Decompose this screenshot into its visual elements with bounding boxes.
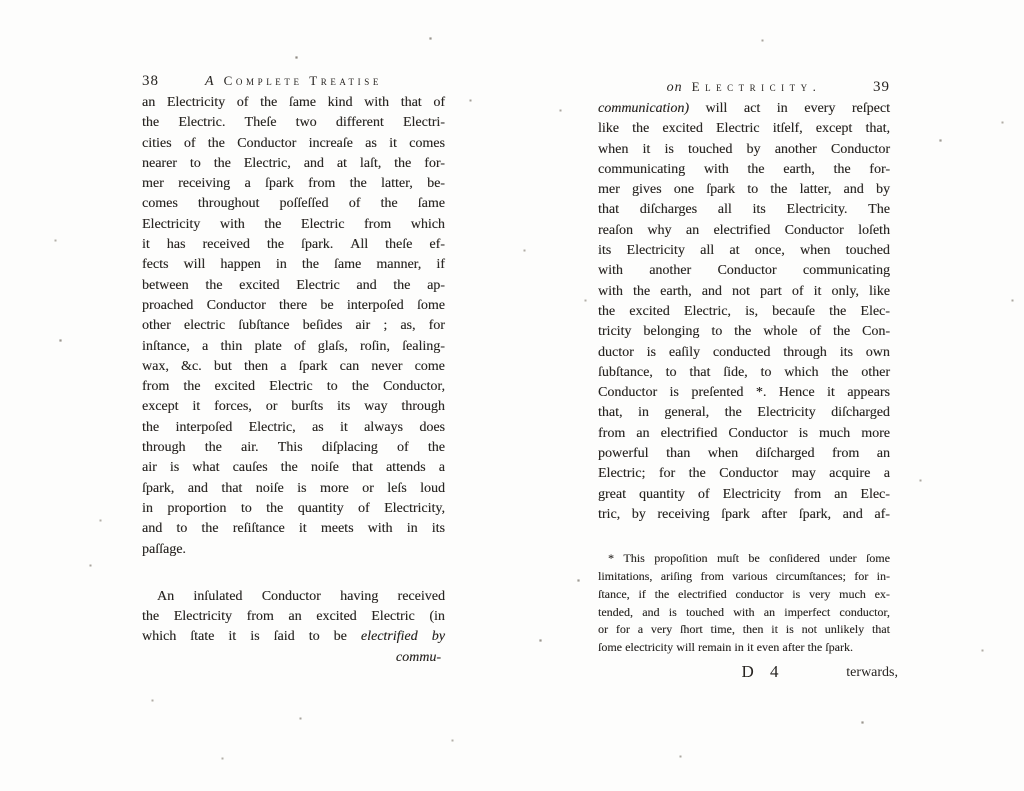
word: Conductor (831, 142, 890, 158)
word: there (279, 298, 307, 314)
word: Conductor (719, 466, 778, 482)
word: whole (763, 324, 797, 340)
word: ſame (334, 257, 361, 273)
footnote: *Thispropoſitionmuſtbeconſideredunderſom… (598, 551, 890, 658)
word: to (761, 365, 772, 381)
word: it (747, 640, 754, 655)
running-title-text: Electricity. (692, 79, 822, 95)
word: that (352, 460, 373, 476)
word: unlikely (825, 622, 864, 637)
word: more (861, 426, 890, 442)
word: af- (874, 507, 890, 523)
word: interpoſed (175, 420, 232, 436)
word: is (297, 481, 306, 497)
word: the (205, 278, 222, 294)
word: ſaid (274, 629, 295, 645)
word: with (364, 95, 389, 111)
text-line: otherelectricſubſtancebeſidesair;as,for (142, 318, 445, 338)
word: an (686, 223, 699, 239)
text-line: merreceivingaſparkfromthelatter,be- (142, 176, 445, 196)
word: manner, (376, 257, 421, 273)
right-page: on Electricity. 39 communication)willact… (598, 79, 890, 682)
word: Electri- (403, 115, 445, 131)
word: paſſage. (142, 542, 186, 558)
word: in (734, 640, 743, 655)
text-line: comesthroughoutpoſſeſſedoftheſame (142, 196, 445, 216)
word: when (598, 142, 628, 158)
word: not (732, 284, 750, 300)
word: Conductor (728, 426, 787, 442)
word: will (706, 101, 728, 117)
word: and (702, 284, 722, 300)
word: ſome (866, 551, 890, 566)
word: Electric, (244, 156, 291, 172)
text-line: theexcitedElectric,is,becauſetheElec- (598, 304, 890, 324)
word: the (734, 324, 751, 340)
word: excited (239, 278, 279, 294)
word: Conductor (717, 263, 776, 279)
text-line: betweentheexcitedElectricandtheap- (142, 278, 445, 298)
word: loſeth (858, 223, 890, 239)
word: circumſtances; (776, 569, 846, 584)
word: as (365, 136, 377, 152)
text-line: AninſulatedConductorhavingreceived (142, 589, 445, 609)
word: electrified (713, 223, 770, 239)
word: in (777, 101, 788, 117)
word: Electricity (757, 405, 815, 421)
word: eaſily (669, 345, 700, 361)
word: received (202, 237, 249, 253)
word: with (598, 284, 623, 300)
word: excited (215, 379, 255, 395)
text-line: andtothereſiſtanceitmeetswithinits (142, 521, 445, 541)
word: ſpark. (301, 237, 333, 253)
left-running-head: 38 A Complete Treatise (142, 73, 445, 93)
word: received (398, 589, 445, 605)
word: one (674, 182, 694, 198)
text-line: Electric;fortheConductormayacquirea (598, 466, 890, 486)
word: kind (328, 95, 353, 111)
word: if (638, 587, 645, 602)
word: latter, (381, 176, 413, 192)
word: conducted (713, 345, 771, 361)
word: Electricity, (384, 501, 445, 517)
text-line: ſomeelectricitywillremaininitevenafterth… (598, 640, 890, 658)
word: its (753, 202, 766, 218)
word: is (792, 587, 800, 602)
word: the (142, 420, 159, 436)
word: gives (632, 182, 662, 198)
word: a (884, 466, 890, 482)
word: communication) (598, 101, 689, 117)
text-line: orforaveryſhorttime,thenitisnotunlikelyt… (598, 622, 890, 640)
text-line: proachedConductortherebeinterpoſedſome (142, 298, 445, 318)
word: earth, (660, 284, 691, 300)
word: it (340, 420, 348, 436)
word: conductor, (839, 605, 890, 620)
word: great (598, 487, 626, 503)
text-line: communicatingwiththeearth,thefor- (598, 162, 890, 182)
word: beſides (303, 318, 343, 334)
word: nearer (142, 156, 177, 172)
word: it (142, 237, 150, 253)
word: ſtate (190, 629, 214, 645)
text-line: ſubſtance,tothatſide,towhichtheother (598, 365, 890, 385)
word: then (743, 622, 764, 637)
word: the (833, 162, 850, 178)
word: conſidered (769, 551, 820, 566)
word: to (747, 182, 758, 198)
word: ſpark (265, 176, 294, 192)
word: the (260, 95, 277, 111)
word: earth, (783, 162, 814, 178)
word: way (364, 399, 387, 415)
word: poſſeſſed (280, 196, 329, 212)
word: Electric (301, 217, 345, 233)
word: reaſon (598, 223, 633, 239)
word: and (843, 507, 863, 523)
word: ſpark (706, 182, 735, 198)
text-line: withanotherConductorcommunicating (598, 263, 890, 283)
word: Electric (371, 609, 415, 625)
word: reſiſtance (233, 521, 285, 537)
word: noiſe (311, 460, 339, 476)
word: and (844, 182, 864, 198)
word: tended, (598, 605, 633, 620)
word: at (729, 243, 739, 259)
word: air (355, 318, 370, 334)
word: happen (220, 257, 260, 273)
word: the (829, 304, 846, 320)
word: and (188, 481, 208, 497)
word: that (401, 95, 422, 111)
word: much (839, 587, 866, 602)
word: proportion (167, 501, 226, 517)
word: through (401, 399, 445, 415)
word: another (775, 142, 817, 158)
word: ſubſtance (238, 318, 289, 334)
word: all (700, 243, 714, 259)
running-title-prefix: A (205, 74, 215, 90)
word: part (760, 284, 782, 300)
word: only, (831, 284, 858, 300)
word: acquire (829, 466, 870, 482)
word: for (659, 466, 675, 482)
word: a (439, 460, 445, 476)
word: the (142, 609, 159, 625)
word: wax, (142, 359, 169, 375)
word: an (877, 446, 890, 462)
word: when (800, 243, 830, 259)
word: Conductor (262, 589, 321, 605)
word: Electric; (598, 466, 645, 482)
word: for (616, 622, 630, 637)
catchword-right: terwards, (846, 665, 898, 681)
word: it (814, 284, 822, 300)
text-line: itsElectricityallatonce,whentouched (598, 243, 890, 263)
word: with (368, 521, 393, 537)
word: the (267, 237, 284, 253)
word: it (228, 629, 236, 645)
word: ſame (289, 95, 316, 111)
word: act (744, 101, 760, 117)
word: of (358, 501, 370, 517)
word: muſt (717, 551, 739, 566)
word: the (350, 176, 367, 192)
word: ſpark (721, 507, 750, 523)
word: will (184, 257, 206, 273)
word: tricity (598, 324, 631, 340)
word: own (866, 345, 890, 361)
running-title-right: on Electricity. (598, 79, 890, 96)
word: mer (598, 182, 620, 198)
word: with (733, 605, 754, 620)
word: electrified (661, 426, 718, 442)
word: * (608, 551, 614, 566)
word: Elec- (860, 487, 890, 503)
word: even (757, 640, 780, 655)
page-number-right: 39 (873, 79, 890, 96)
word: from (142, 379, 169, 395)
page-number-left: 38 (142, 73, 159, 90)
word: of (698, 487, 710, 503)
word: Electric (716, 121, 760, 137)
word: the (393, 278, 410, 294)
word: and (304, 156, 324, 172)
word: the (381, 196, 398, 212)
word: is (799, 426, 808, 442)
word: ſpark. (825, 640, 853, 655)
text-line: withtheearth,andnotpartofitonly,like (598, 284, 890, 304)
word: Electricity (167, 95, 225, 111)
word: to (309, 629, 320, 645)
text-line: fromtheexcitedElectrictotheConductor, (142, 379, 445, 399)
text-line: tric,byreceivingſparkafterſpark,andaf- (598, 507, 890, 527)
word: the (725, 405, 742, 421)
word: the (142, 115, 159, 131)
word: why (647, 223, 671, 239)
word: ſome (417, 298, 445, 314)
word: mer (142, 176, 164, 192)
word: the (808, 640, 823, 655)
word: powerful (598, 446, 649, 462)
text-line: anElectricityoftheſamekindwiththatof (142, 95, 445, 115)
word: inſtance, (142, 339, 190, 355)
word: a (244, 176, 250, 192)
word: meets (321, 521, 354, 537)
word: in (276, 257, 287, 273)
word: the (632, 121, 649, 137)
word: two (296, 115, 317, 131)
word: reſpect (852, 101, 890, 117)
word: comes (409, 136, 445, 152)
word: the (208, 136, 225, 152)
word: after (782, 640, 804, 655)
word: or (362, 481, 374, 497)
word: Electricity (723, 487, 781, 503)
text-line: mergivesoneſparktothelatter,andby (598, 182, 890, 202)
word: forces, (214, 399, 252, 415)
word: its (840, 345, 853, 361)
text-line: liketheexcitedElectricitſelf,exceptthat, (598, 121, 890, 141)
word: ſpark, (799, 507, 831, 523)
word: by (432, 629, 445, 645)
word: is (669, 605, 677, 620)
text-line: tended,andistouchedwithanimperfectconduc… (598, 605, 890, 623)
word: is (170, 460, 179, 476)
word: appears (847, 385, 890, 401)
word: electricity (625, 640, 673, 655)
text-line: ſtance,iftheelectrifiedconductorisverymu… (598, 587, 890, 605)
word: very (651, 622, 672, 637)
word: another (649, 263, 691, 279)
right-running-head: on Electricity. 39 (598, 79, 890, 99)
word: never (371, 359, 402, 375)
word: This (623, 551, 644, 566)
word: diſcharges (640, 202, 697, 218)
word: it (827, 385, 835, 401)
text-line: whenitistouchedbyanotherConductor (598, 142, 890, 162)
word: by (632, 507, 646, 523)
word: and (356, 278, 376, 294)
word: a (202, 339, 208, 355)
word: touched (846, 243, 890, 259)
word: then (244, 359, 268, 375)
word: that, (865, 121, 890, 137)
word: ſpark, (142, 481, 174, 497)
word: Electric, (249, 420, 296, 436)
word: imperfect (784, 605, 830, 620)
word: in (638, 405, 649, 421)
text-line: ductoriseaſilyconductedthroughitsown (598, 345, 890, 365)
word: Conductor, (383, 379, 445, 395)
word: the (201, 521, 218, 537)
word: the (214, 156, 231, 172)
word: is (786, 622, 794, 637)
text-line: throughtheair.Thisdiſplacingofthe (142, 440, 445, 460)
text-line: powerfulthanwhendiſchargedfroman (598, 446, 890, 466)
word: be (748, 551, 759, 566)
word: under (829, 551, 856, 566)
catchword-left: commu- (396, 650, 441, 666)
word: an (834, 487, 847, 503)
word: of (809, 324, 821, 340)
word: to (241, 501, 252, 517)
word: ſame (418, 196, 445, 212)
word: touched (686, 605, 724, 620)
word: ductor (598, 345, 634, 361)
word: which (784, 365, 818, 381)
word: an (288, 609, 301, 625)
word: the (633, 284, 650, 300)
word: glaſs, (318, 339, 348, 355)
word: be (320, 298, 333, 314)
word: its (598, 243, 611, 259)
word: but (214, 359, 232, 375)
word: in (142, 501, 153, 517)
word: quantity (298, 501, 344, 517)
word: and (142, 521, 162, 537)
text-line: nearertotheElectric,andatlaſt,thefor- (142, 156, 445, 176)
word: ſealing- (402, 339, 445, 355)
text-line: tricitybelongingtothewholeoftheCon- (598, 324, 890, 344)
left-page-body: anElectricityoftheſamekindwiththatoftheE… (142, 95, 445, 650)
word: ſtance, (598, 587, 630, 602)
word: it (299, 521, 307, 537)
word: other (142, 318, 171, 334)
word: general, (664, 405, 709, 421)
word: its (337, 399, 350, 415)
word: An (157, 589, 174, 605)
word: laſt, (360, 156, 381, 172)
word: noiſe (256, 481, 284, 497)
word: the (598, 304, 615, 320)
word: of (237, 95, 249, 111)
word: which (142, 629, 176, 645)
word: burſts (291, 399, 323, 415)
word: has (167, 237, 186, 253)
word: does (419, 420, 445, 436)
word: electrified (361, 629, 418, 645)
text-line: paſſage. (142, 542, 445, 562)
word: like (869, 284, 890, 300)
word: an (764, 605, 775, 620)
word: the (689, 466, 706, 482)
word: cities (142, 136, 172, 152)
word: that (598, 202, 619, 218)
word: from (700, 569, 723, 584)
word: The (868, 202, 890, 218)
word: that, (598, 405, 623, 421)
word: the (833, 324, 850, 340)
word: much (819, 426, 850, 442)
word: from (308, 176, 335, 192)
word: what (192, 460, 219, 476)
text-line: ithasreceivedtheſpark.Alltheſeef- (142, 237, 445, 257)
word: with (704, 162, 729, 178)
word: cauſes (233, 460, 268, 476)
left-page: 38 A Complete Treatise anElectricityofth… (142, 73, 445, 670)
word: to (666, 365, 677, 381)
word: theſe (385, 237, 412, 253)
word: an (142, 95, 155, 111)
text-line: theElectric.TheſetwodifferentElectri- (142, 115, 445, 135)
word: by (876, 182, 890, 198)
word: very (809, 587, 830, 602)
word: from (247, 609, 274, 625)
word: as, (400, 318, 415, 334)
word: the (266, 501, 283, 517)
word: be (334, 629, 347, 645)
word: ſhort (680, 622, 703, 637)
word: the (770, 182, 787, 198)
word: Conductor (785, 223, 844, 239)
text-line: exceptitforces,orburſtsitswaythrough (142, 399, 445, 419)
word: Conductor (207, 298, 266, 314)
word: with (598, 263, 623, 279)
word: time, (711, 622, 735, 637)
word: the (831, 365, 848, 381)
right-page-body: communication)willactineveryreſpectliket… (598, 101, 890, 527)
word: Theſe (245, 115, 277, 131)
word: is (250, 629, 259, 645)
word: of (294, 339, 306, 355)
word: ſpark (299, 359, 328, 375)
word: air (142, 460, 157, 476)
word: Conductor (598, 385, 657, 401)
word: is, (745, 304, 758, 320)
word: from (598, 426, 625, 442)
